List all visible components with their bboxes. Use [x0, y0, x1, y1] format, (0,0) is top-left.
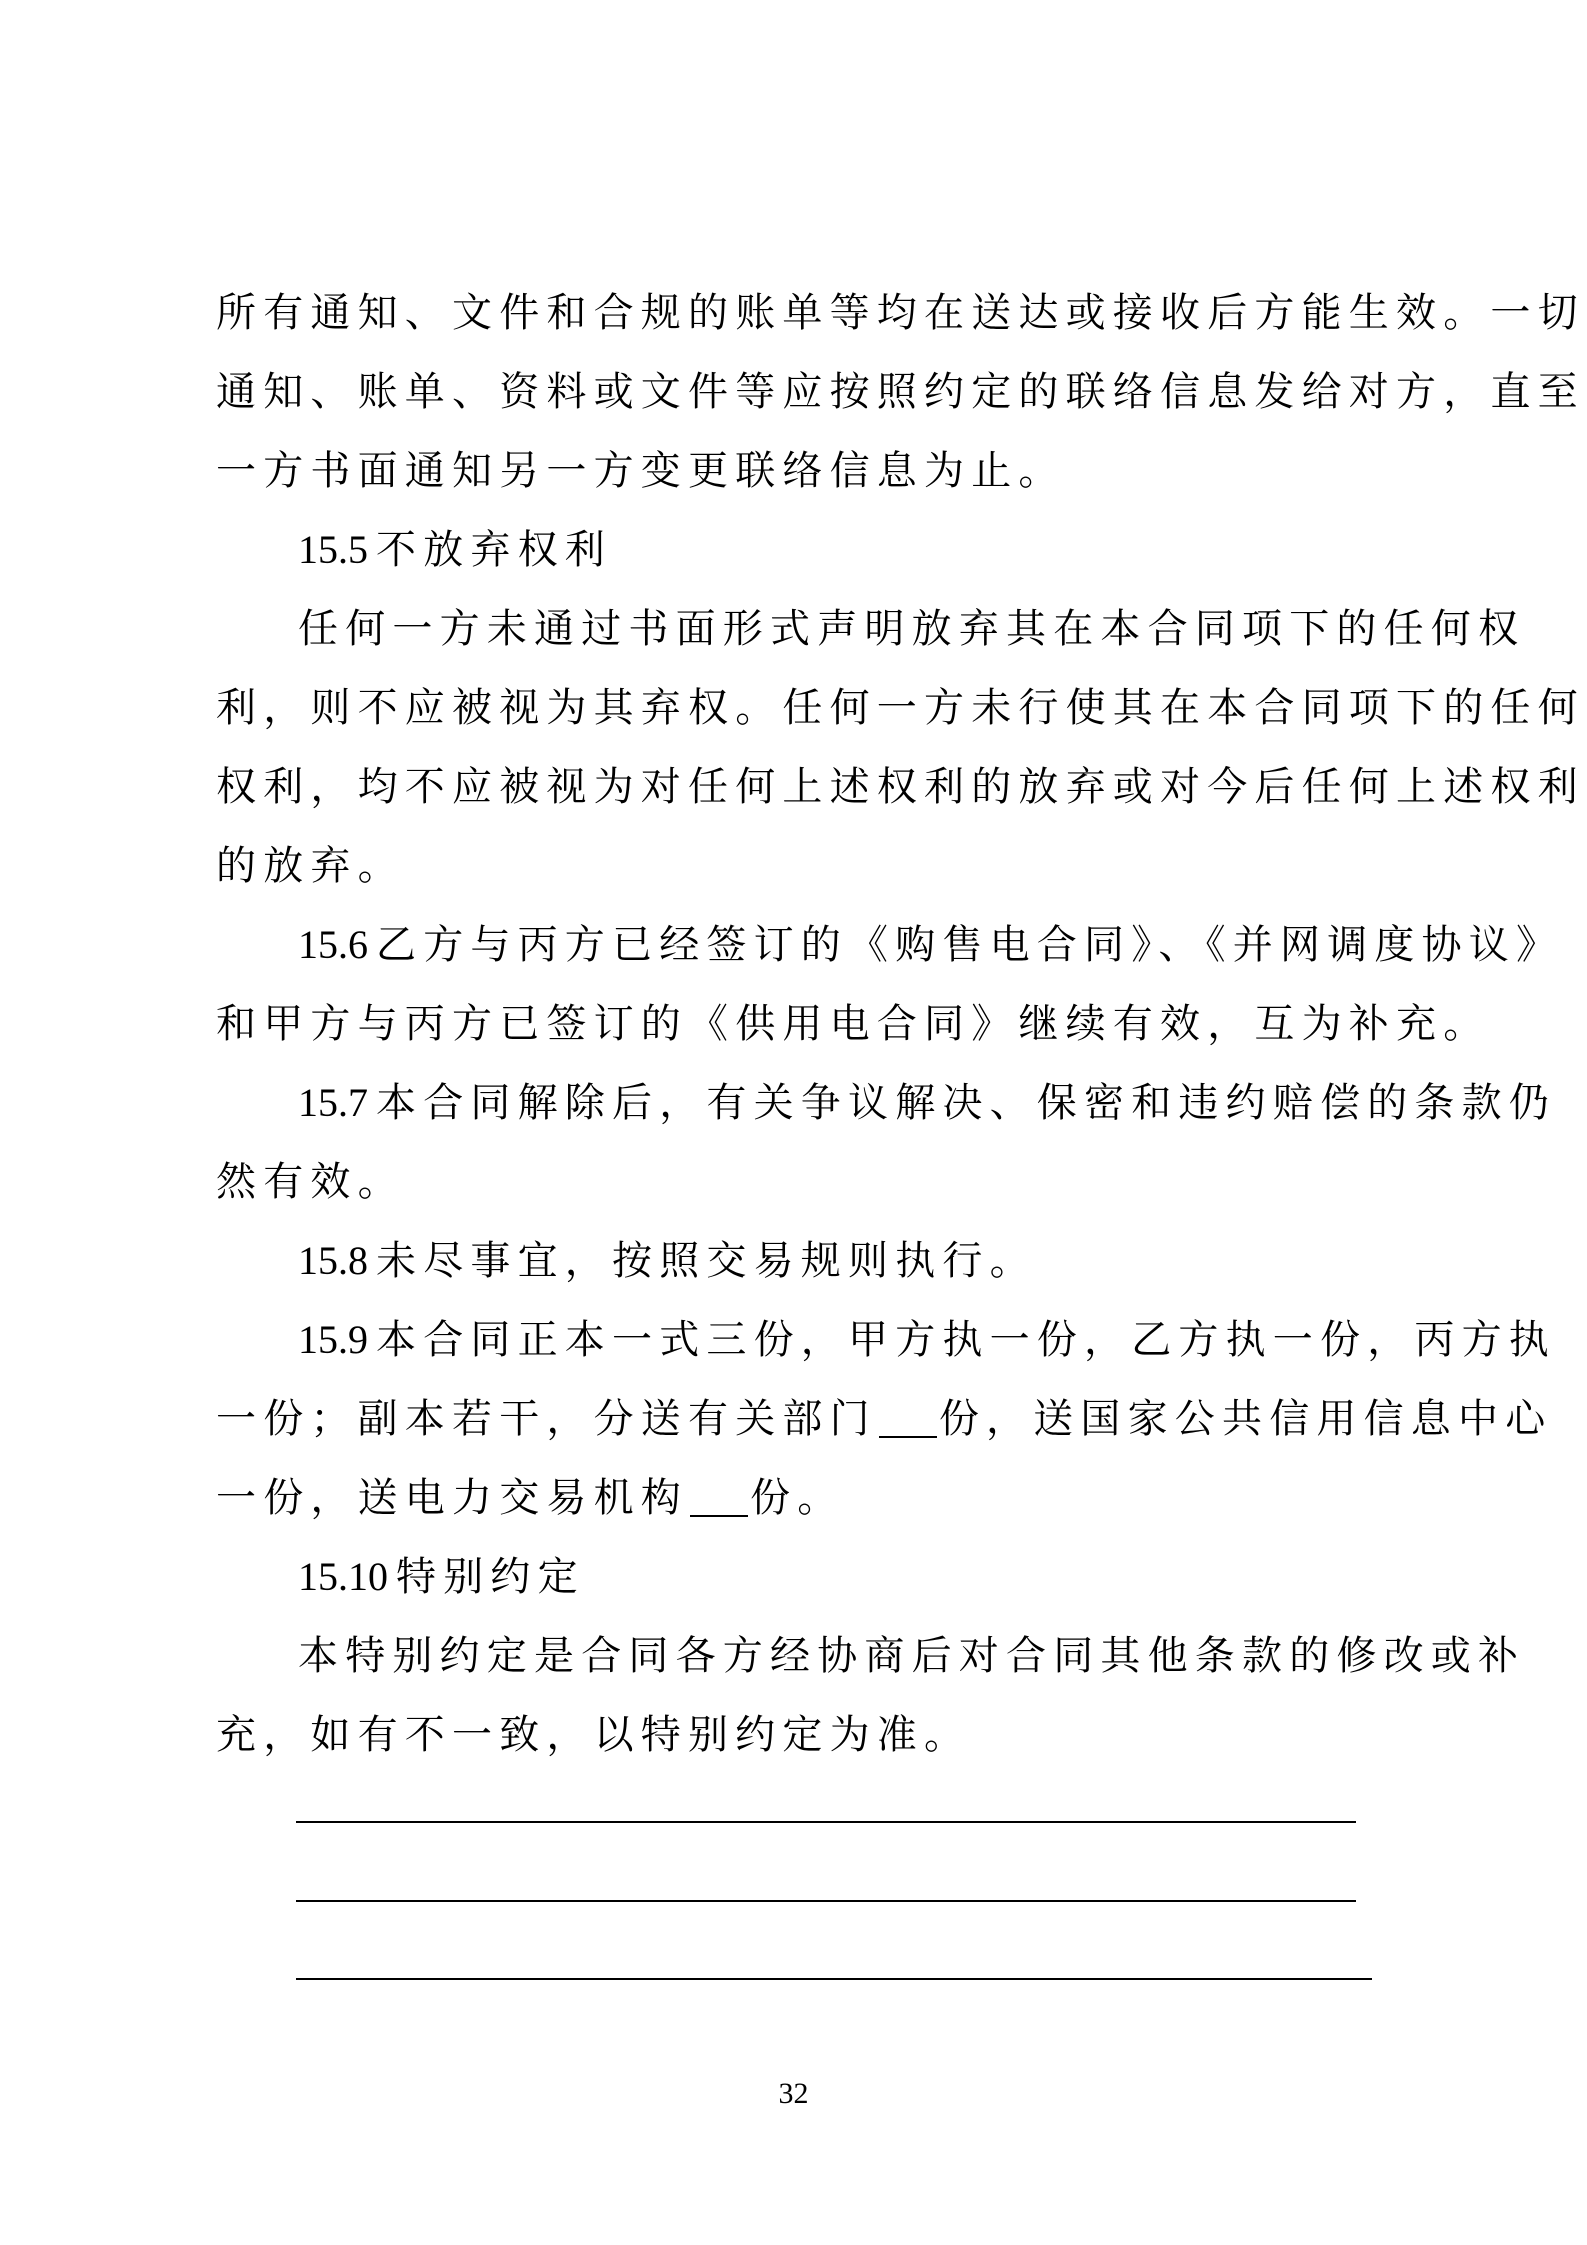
- clause-text: 本合同解除后，有关争议解决、保密和违约赔偿的条款仍: [376, 1080, 1556, 1126]
- clause-text: 本合同正本一式三份，甲方执一份，乙方执一份，丙方执: [376, 1317, 1556, 1363]
- section-heading-15-10: 15.10特别约定: [216, 1544, 1374, 1623]
- clause-text: 乙方与丙方已经签订的《购售电合同》、《并网调度协议》: [376, 922, 1563, 968]
- special-agreement-blank-line-2[interactable]: [296, 1900, 1356, 1902]
- paragraph-line: 任何一方未通过书面形式声明放弃其在本合同项下的任何权: [216, 596, 1374, 675]
- paragraph-line: 所有通知、文件和合规的账单等均在送达或接收后方能生效。一切: [216, 280, 1374, 359]
- paragraph-line: 利，则不应被视为其弃权。任何一方未行使其在本合同项下的任何: [216, 675, 1374, 754]
- document-page: 所有通知、文件和合规的账单等均在送达或接收后方能生效。一切 通知、账单、资料或文…: [0, 0, 1587, 2245]
- clause-text: 份，送国家公共信用信息中心: [939, 1396, 1553, 1442]
- clause-text: 份。: [750, 1475, 844, 1521]
- clause-15-9-line-3: 一份，送电力交易机构份。: [216, 1465, 1374, 1544]
- paragraph-line: 通知、账单、资料或文件等应按照约定的联络信息发给对方，直至: [216, 359, 1374, 438]
- fill-in-blank-trading-institution-copies[interactable]: [690, 1475, 748, 1517]
- section-number: 15.8: [298, 1238, 368, 1283]
- section-number: 15.6: [298, 922, 368, 967]
- special-agreement-blank-line-1[interactable]: [296, 1821, 1356, 1823]
- page-number: 32: [0, 2077, 1587, 2111]
- clause-15-6-line-1: 15.6乙方与丙方已经签订的《购售电合同》、《并网调度协议》: [216, 912, 1374, 991]
- paragraph-line: 本特别约定是合同各方经协商后对合同其他条款的修改或补: [216, 1623, 1374, 1702]
- paragraph-line: 一方书面通知另一方变更联络信息为止。: [216, 438, 1374, 517]
- section-heading-15-5: 15.5不放弃权利: [216, 517, 1374, 596]
- paragraph-line: 充，如有不一致，以特别约定为准。: [216, 1702, 1374, 1781]
- clause-15-9-line-2: 一份；副本若干，分送有关部门份，送国家公共信用信息中心: [216, 1386, 1374, 1465]
- paragraph-line: 的放弃。: [216, 833, 1374, 912]
- special-agreement-blank-line-3[interactable]: [296, 1978, 1372, 1980]
- clause-15-7-line-1: 15.7本合同解除后，有关争议解决、保密和违约赔偿的条款仍: [216, 1070, 1374, 1149]
- clause-text: 一份，送电力交易机构: [216, 1475, 688, 1521]
- section-title: 不放弃权利: [376, 527, 612, 573]
- paragraph-line: 然有效。: [216, 1149, 1374, 1228]
- fill-in-blank-departments-copies[interactable]: [879, 1396, 937, 1438]
- section-number: 15.10: [298, 1554, 388, 1599]
- clause-text: 一份；副本若干，分送有关部门: [216, 1396, 877, 1442]
- section-number: 15.9: [298, 1317, 368, 1362]
- section-number: 15.5: [298, 527, 368, 572]
- section-title: 特别约定: [396, 1554, 585, 1600]
- paragraph-line: 和甲方与丙方已签订的《供用电合同》继续有效，互为补充。: [216, 991, 1374, 1070]
- clause-15-8-line-1: 15.8未尽事宜，按照交易规则执行。: [216, 1228, 1374, 1307]
- document-body: 所有通知、文件和合规的账单等均在送达或接收后方能生效。一切 通知、账单、资料或文…: [216, 280, 1374, 1781]
- section-number: 15.7: [298, 1080, 368, 1125]
- clause-15-9-line-1: 15.9本合同正本一式三份，甲方执一份，乙方执一份，丙方执: [216, 1307, 1374, 1386]
- clause-text: 未尽事宜，按照交易规则执行。: [376, 1238, 1037, 1284]
- paragraph-line: 权利，均不应被视为对任何上述权利的放弃或对今后任何上述权利: [216, 754, 1374, 833]
